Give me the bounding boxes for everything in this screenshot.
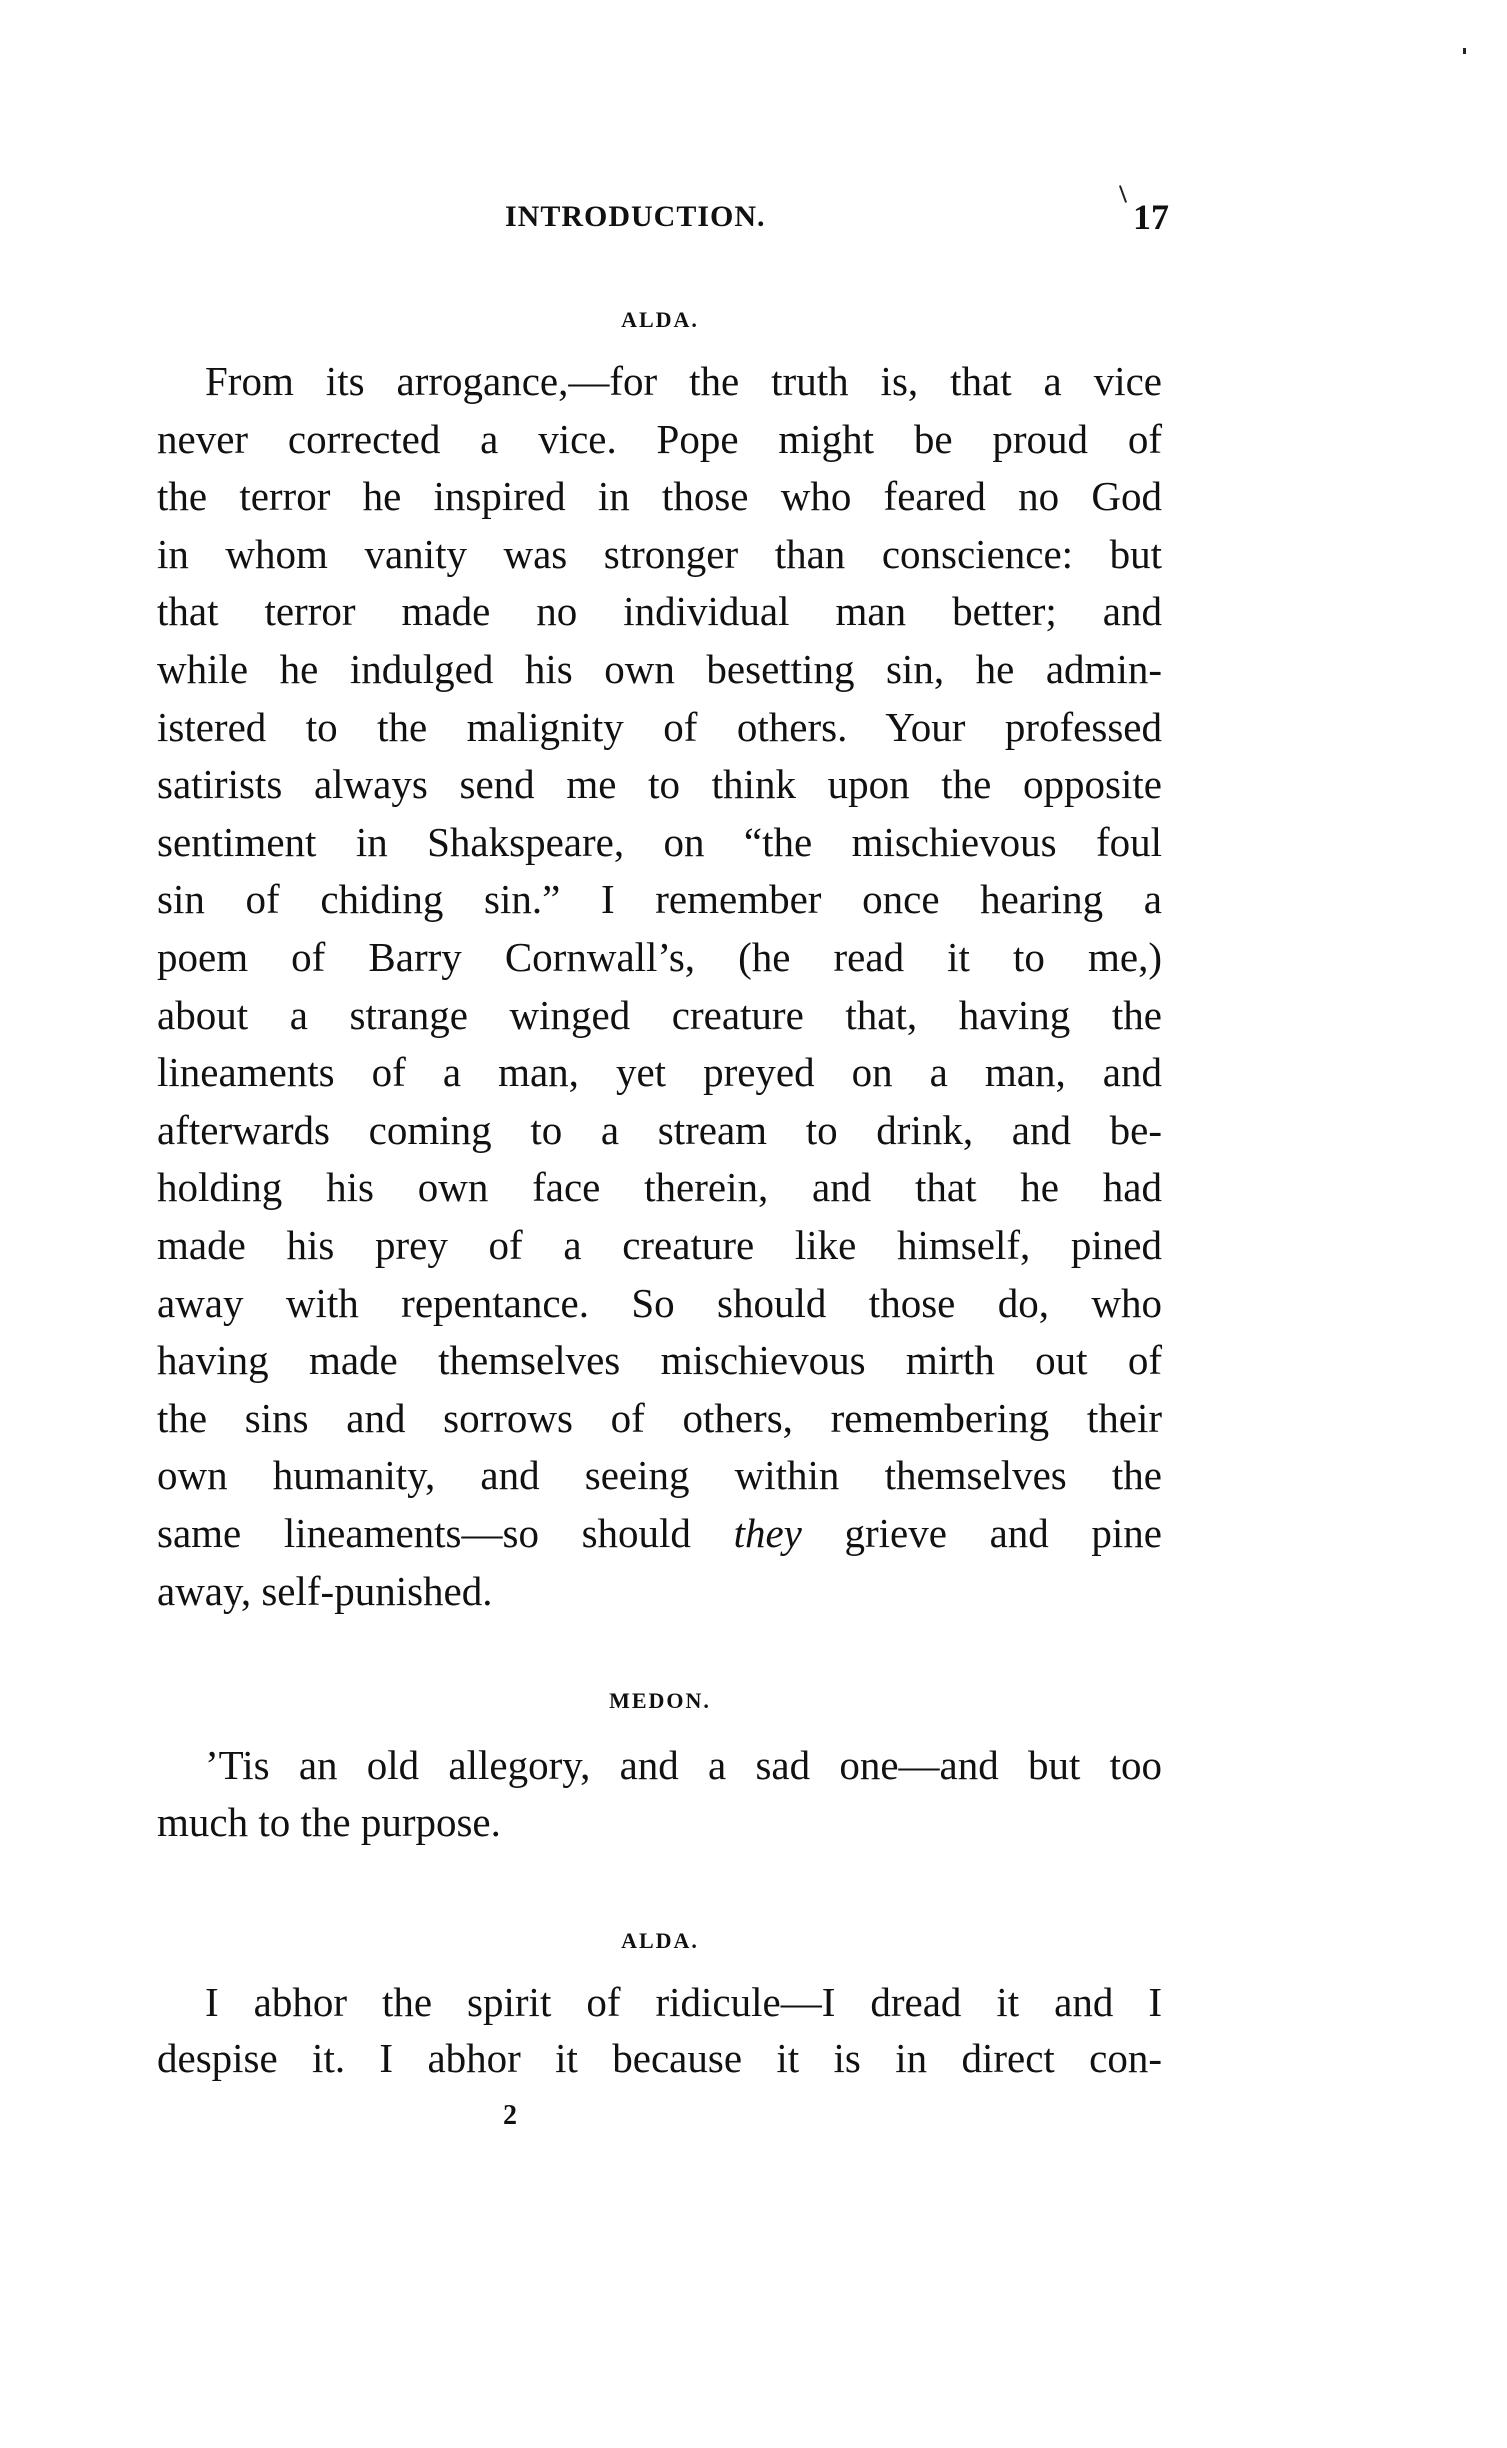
text-line: ’Tis an old allegory, and a sad one—and … xyxy=(205,1740,1162,1790)
text-line: holding his own face therein, and that h… xyxy=(157,1162,1162,1212)
text-line: same lineaments—so should they grieve an… xyxy=(157,1508,1162,1558)
text-line: away with repentance. So should those do… xyxy=(157,1278,1162,1328)
text-line: satirists always send me to think upon t… xyxy=(157,759,1162,809)
text-line: away, self-punished. xyxy=(157,1566,1162,1616)
text-line: while he indulged his own besetting sin,… xyxy=(157,644,1162,694)
text-line: the sins and sorrows of others, remember… xyxy=(157,1393,1162,1443)
text-line: sin of chiding sin.” I remember once hea… xyxy=(157,874,1162,924)
text-line: never corrected a vice. Pope might be pr… xyxy=(157,414,1162,464)
text-line: despise it. I abhor it because it is in … xyxy=(157,2033,1162,2083)
speaker-heading: MEDON. xyxy=(0,1688,1320,1714)
text-line: about a strange winged creature that, ha… xyxy=(157,990,1162,1040)
text-line: much to the purpose. xyxy=(157,1797,1162,1847)
text-line: afterwards coming to a stream to drink, … xyxy=(157,1105,1162,1155)
running-title: INTRODUCTION. xyxy=(505,200,766,234)
print-speck xyxy=(1119,185,1127,203)
text-line: the terror he inspired in those who fear… xyxy=(157,471,1162,521)
text-line: poem of Barry Cornwall’s, (he read it to… xyxy=(157,932,1162,982)
text-line: sentiment in Shakspeare, on “the mischie… xyxy=(157,817,1162,867)
speaker-heading: ALDA. xyxy=(0,1928,1320,1954)
text-line: own humanity, and seeing within themselv… xyxy=(157,1450,1162,1500)
book-page: INTRODUCTION. 17 ALDA. From its arroganc… xyxy=(0,0,1507,2448)
text-line: lineaments of a man, yet preyed on a man… xyxy=(157,1047,1162,1097)
italic-emphasis: they xyxy=(734,1510,802,1556)
text-line: that terror made no individual man bette… xyxy=(157,586,1162,636)
text-line: istered to the malignity of others. Your… xyxy=(157,702,1162,752)
speaker-heading: ALDA. xyxy=(0,307,1320,333)
text-line: I abhor the spirit of ridicule—I dread i… xyxy=(205,1977,1162,2027)
print-speck xyxy=(1463,48,1466,54)
page-number: 17 xyxy=(1133,196,1169,238)
text-line: in whom vanity was stronger than conscie… xyxy=(157,529,1162,579)
text-segment: grieve and pine xyxy=(845,1510,1163,1556)
text-segment: same lineaments—so should xyxy=(157,1510,691,1556)
text-line: From its arrogance,—for the truth is, th… xyxy=(205,356,1162,406)
signature-mark: 2 xyxy=(503,2100,517,2132)
text-line: made his prey of a creature like himself… xyxy=(157,1220,1162,1270)
text-line: having made themselves mischievous mirth… xyxy=(157,1335,1162,1385)
